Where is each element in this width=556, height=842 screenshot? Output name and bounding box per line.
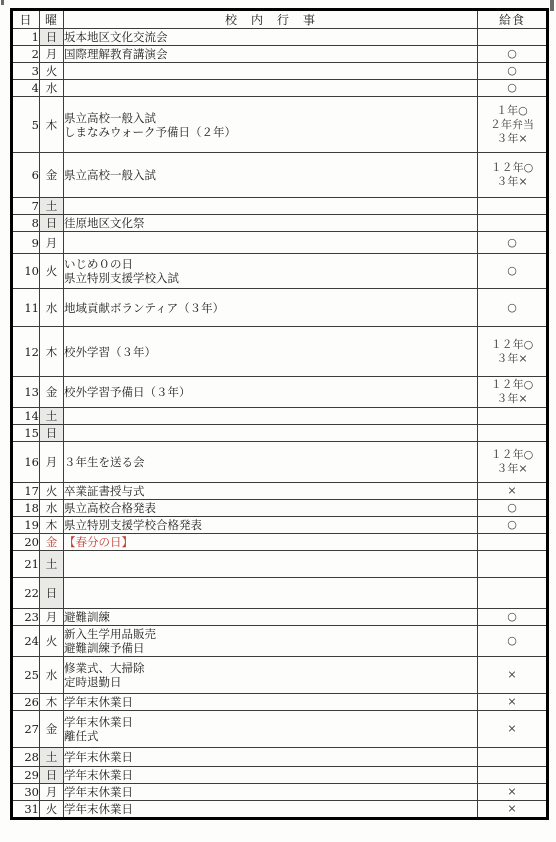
events-cell	[64, 80, 478, 97]
calendar-row: 27金学年末休業日離任式×	[12, 711, 548, 748]
event-text: 県立特別支援学校入試	[64, 271, 477, 285]
scan-corner-mark-top-right	[550, 0, 554, 11]
event-text: 国際理解教育講演会	[64, 47, 477, 61]
lunch-mark: ○	[478, 501, 546, 515]
day-number-cell: 28	[12, 748, 40, 767]
day-number-cell: 20	[12, 534, 40, 551]
lunch-cell: ○	[478, 517, 548, 534]
event-text: 県立特別支援学校合格発表	[64, 518, 477, 532]
calendar-row: 28土学年末休業日	[12, 748, 548, 767]
lunch-mark: １２年○	[478, 378, 546, 392]
lunch-mark: ３年×	[478, 352, 546, 366]
events-cell: 県立高校合格発表	[64, 500, 478, 517]
lunch-mark: ○	[478, 264, 546, 278]
lunch-cell: ×	[478, 694, 548, 711]
calendar-row: 30月学年末休業日×	[12, 784, 548, 801]
day-number-cell: 17	[12, 483, 40, 500]
event-text: 校外学習予備日（３年）	[64, 385, 477, 399]
day-number-cell: 3	[12, 63, 40, 80]
calendar-row: 7土	[12, 198, 548, 215]
events-cell: 徍原地区文化祭	[64, 215, 478, 232]
lunch-mark: ○	[478, 64, 546, 78]
event-text: 校外学習（３年）	[64, 345, 477, 359]
calendar-row: 21土	[12, 551, 548, 578]
lunch-mark: ×	[478, 668, 546, 682]
calendar-row: 6金県立高校一般入試１２年○３年×	[12, 153, 548, 198]
event-text: 学年末休業日	[64, 785, 477, 799]
weekday-cell: 水	[40, 80, 64, 97]
event-text: 卒業証書授与式	[64, 484, 477, 498]
calendar-row: 2月国際理解教育講演会○	[12, 46, 548, 63]
lunch-mark: ×	[478, 484, 546, 498]
events-cell	[64, 198, 478, 215]
lunch-mark: ○	[478, 518, 546, 532]
lunch-mark: １２年○	[478, 338, 546, 352]
day-number-cell: 24	[12, 626, 40, 657]
header-lunch: 給食	[478, 10, 548, 29]
lunch-cell: ○	[478, 609, 548, 626]
calendar-row: 9月○	[12, 232, 548, 254]
event-text: しまなみウォーク予備日（２年）	[64, 125, 477, 139]
event-text: 避難訓練予備日	[64, 641, 477, 655]
day-number-cell: 19	[12, 517, 40, 534]
weekday-cell: 月	[40, 232, 64, 254]
event-text: 定時退勤日	[64, 675, 477, 689]
lunch-cell	[478, 534, 548, 551]
events-cell: 学年末休業日	[64, 784, 478, 801]
events-cell: 県立高校一般入試	[64, 153, 478, 198]
events-cell: 地域貢献ボランティア（３年）	[64, 289, 478, 327]
event-text: 学年末休業日	[64, 715, 477, 729]
events-cell: 国際理解教育講演会	[64, 46, 478, 63]
lunch-mark: ○	[478, 634, 546, 648]
calendar-row: 12木校外学習（３年）１２年○３年×	[12, 327, 548, 377]
events-cell: 避難訓練	[64, 609, 478, 626]
calendar-row: 22日	[12, 578, 548, 609]
calendar-row: 14土	[12, 408, 548, 425]
day-number-cell: 30	[12, 784, 40, 801]
weekday-cell: 土	[40, 748, 64, 767]
events-cell	[64, 551, 478, 578]
day-number-cell: 18	[12, 500, 40, 517]
events-cell	[64, 232, 478, 254]
event-text: 避難訓練	[64, 610, 477, 624]
lunch-cell: １２年○３年×	[478, 327, 548, 377]
lunch-cell: ×	[478, 711, 548, 748]
weekday-cell: 水	[40, 289, 64, 327]
lunch-mark: ○	[478, 236, 546, 250]
lunch-cell	[478, 578, 548, 609]
event-text: 県立高校合格発表	[64, 501, 477, 515]
events-cell: 校外学習（３年）	[64, 327, 478, 377]
lunch-cell: ○	[478, 626, 548, 657]
weekday-cell: 水	[40, 500, 64, 517]
events-cell	[64, 578, 478, 609]
lunch-cell	[478, 551, 548, 578]
lunch-mark: ○	[478, 47, 546, 61]
weekday-cell: 火	[40, 483, 64, 500]
events-cell: いじめ０の日県立特別支援学校入試	[64, 254, 478, 289]
lunch-mark: ×	[478, 802, 546, 816]
lunch-mark: ×	[478, 722, 546, 736]
weekday-cell: 木	[40, 97, 64, 153]
calendar-row: 23月避難訓練○	[12, 609, 548, 626]
day-number-cell: 31	[12, 801, 40, 819]
day-number-cell: 9	[12, 232, 40, 254]
lunch-mark: １２年○	[478, 448, 546, 462]
weekday-cell: 火	[40, 63, 64, 80]
day-number-cell: 6	[12, 153, 40, 198]
events-cell: ３年生を送る会	[64, 442, 478, 483]
event-text: 坂本地区文化交流会	[64, 30, 477, 44]
calendar-row: 5木県立高校一般入試しまなみウォーク予備日（２年）１年○２年弁当３年×	[12, 97, 548, 153]
event-text: 学年末休業日	[64, 750, 477, 764]
calendar-row: 11水地域貢献ボランティア（３年）○	[12, 289, 548, 327]
lunch-cell: ○	[478, 254, 548, 289]
scanned-page: 日 曜 校 内 行 事 給食 1日坂本地区文化交流会2月国際理解教育講演会○3火…	[0, 0, 556, 842]
event-text: 県立高校一般入試	[64, 111, 477, 125]
events-cell: 学年末休業日	[64, 694, 478, 711]
lunch-cell: ○	[478, 500, 548, 517]
weekday-cell: 金	[40, 534, 64, 551]
weekday-cell: 月	[40, 46, 64, 63]
calendar-row: 1日坂本地区文化交流会	[12, 29, 548, 46]
lunch-cell	[478, 425, 548, 442]
weekday-cell: 日	[40, 578, 64, 609]
events-cell: 学年末休業日離任式	[64, 711, 478, 748]
lunch-cell	[478, 408, 548, 425]
day-number-cell: 27	[12, 711, 40, 748]
calendar-row: 20金【春分の日】	[12, 534, 548, 551]
lunch-mark: ３年×	[478, 462, 546, 476]
header-weekday: 曜	[40, 10, 64, 29]
calendar-row: 19木県立特別支援学校合格発表○	[12, 517, 548, 534]
lunch-cell: ○	[478, 289, 548, 327]
event-text: 地域貢献ボランティア（３年）	[64, 301, 477, 315]
lunch-cell: ○	[478, 80, 548, 97]
lunch-cell	[478, 198, 548, 215]
day-number-cell: 13	[12, 377, 40, 408]
event-text: 学年末休業日	[64, 695, 477, 709]
day-number-cell: 26	[12, 694, 40, 711]
weekday-cell: 日	[40, 425, 64, 442]
day-number-cell: 8	[12, 215, 40, 232]
lunch-cell: １２年○３年×	[478, 153, 548, 198]
weekday-cell: 金	[40, 153, 64, 198]
lunch-cell: １２年○３年×	[478, 442, 548, 483]
calendar-row: 15日	[12, 425, 548, 442]
events-cell	[64, 425, 478, 442]
day-number-cell: 21	[12, 551, 40, 578]
events-cell: 【春分の日】	[64, 534, 478, 551]
header-events: 校 内 行 事	[64, 10, 478, 29]
day-number-cell: 11	[12, 289, 40, 327]
weekday-cell: 月	[40, 784, 64, 801]
lunch-mark: ３年×	[478, 175, 546, 189]
lunch-mark: ×	[478, 785, 546, 799]
calendar-row: 13金校外学習予備日（３年）１２年○３年×	[12, 377, 548, 408]
lunch-mark: ３年×	[478, 392, 546, 406]
day-number-cell: 16	[12, 442, 40, 483]
calendar-row: 3火○	[12, 63, 548, 80]
weekday-cell: 火	[40, 626, 64, 657]
events-cell: 卒業証書授与式	[64, 483, 478, 500]
weekday-cell: 日	[40, 215, 64, 232]
weekday-cell: 火	[40, 801, 64, 819]
lunch-cell: ×	[478, 657, 548, 694]
event-text: 学年末休業日	[64, 768, 477, 782]
events-cell: 学年末休業日	[64, 801, 478, 819]
day-number-cell: 14	[12, 408, 40, 425]
weekday-cell: 日	[40, 767, 64, 784]
weekday-cell: 水	[40, 657, 64, 694]
lunch-cell: １２年○３年×	[478, 377, 548, 408]
day-number-cell: 4	[12, 80, 40, 97]
lunch-cell: ○	[478, 232, 548, 254]
day-number-cell: 25	[12, 657, 40, 694]
weekday-cell: 日	[40, 29, 64, 46]
weekday-cell: 金	[40, 377, 64, 408]
day-number-cell: 10	[12, 254, 40, 289]
event-text: 修業式、大掃除	[64, 661, 477, 675]
events-cell: 新入生学用品販売避難訓練予備日	[64, 626, 478, 657]
table-header-row: 日 曜 校 内 行 事 給食	[12, 10, 548, 29]
events-cell	[64, 63, 478, 80]
calendar-row: 8日徍原地区文化祭	[12, 215, 548, 232]
event-text: 離任式	[64, 729, 477, 743]
event-text: 県立高校一般入試	[64, 168, 477, 182]
lunch-cell	[478, 29, 548, 46]
weekday-cell: 木	[40, 694, 64, 711]
lunch-cell	[478, 748, 548, 767]
day-number-cell: 2	[12, 46, 40, 63]
day-number-cell: 22	[12, 578, 40, 609]
weekday-cell: 月	[40, 609, 64, 626]
lunch-mark: １２年○	[478, 161, 546, 175]
calendar-row: 29日学年末休業日	[12, 767, 548, 784]
events-cell: 県立高校一般入試しまなみウォーク予備日（２年）	[64, 97, 478, 153]
events-cell: 学年末休業日	[64, 767, 478, 784]
weekday-cell: 木	[40, 327, 64, 377]
weekday-cell: 土	[40, 551, 64, 578]
calendar-row: 31火学年末休業日×	[12, 801, 548, 819]
school-calendar-table: 日 曜 校 内 行 事 給食 1日坂本地区文化交流会2月国際理解教育講演会○3火…	[10, 8, 549, 820]
day-number-cell: 7	[12, 198, 40, 215]
event-text: いじめ０の日	[64, 257, 477, 271]
lunch-cell: ×	[478, 801, 548, 819]
weekday-cell: 火	[40, 254, 64, 289]
event-text: 徍原地区文化祭	[64, 216, 477, 230]
lunch-mark: ２年弁当	[478, 118, 546, 132]
lunch-mark: １年○	[478, 104, 546, 118]
scan-corner-mark-top-left	[1, 0, 4, 5]
lunch-cell	[478, 767, 548, 784]
calendar-row: 4水○	[12, 80, 548, 97]
day-number-cell: 29	[12, 767, 40, 784]
events-cell: 県立特別支援学校合格発表	[64, 517, 478, 534]
day-number-cell: 1	[12, 29, 40, 46]
calendar-row: 10火いじめ０の日県立特別支援学校入試○	[12, 254, 548, 289]
day-number-cell: 23	[12, 609, 40, 626]
lunch-cell: １年○２年弁当３年×	[478, 97, 548, 153]
day-number-cell: 12	[12, 327, 40, 377]
lunch-cell	[478, 215, 548, 232]
calendar-row: 18水県立高校合格発表○	[12, 500, 548, 517]
calendar-row: 24火新入生学用品販売避難訓練予備日○	[12, 626, 548, 657]
weekday-cell: 月	[40, 442, 64, 483]
header-day: 日	[12, 10, 40, 29]
day-number-cell: 15	[12, 425, 40, 442]
day-number-cell: 5	[12, 97, 40, 153]
weekday-cell: 土	[40, 408, 64, 425]
weekday-cell: 土	[40, 198, 64, 215]
lunch-mark: ○	[478, 81, 546, 95]
calendar-row: 25水修業式、大掃除定時退勤日×	[12, 657, 548, 694]
event-text: 学年末休業日	[64, 802, 477, 816]
calendar-row: 17火卒業証書授与式×	[12, 483, 548, 500]
lunch-mark: ×	[478, 695, 546, 709]
calendar-row: 26木学年末休業日×	[12, 694, 548, 711]
event-text: ３年生を送る会	[64, 455, 477, 469]
events-cell: 校外学習予備日（３年）	[64, 377, 478, 408]
lunch-cell: ×	[478, 784, 548, 801]
events-cell: 坂本地区文化交流会	[64, 29, 478, 46]
events-cell	[64, 408, 478, 425]
calendar-row: 16月３年生を送る会１２年○３年×	[12, 442, 548, 483]
lunch-cell: ○	[478, 63, 548, 80]
event-text: 新入生学用品販売	[64, 627, 477, 641]
events-cell: 修業式、大掃除定時退勤日	[64, 657, 478, 694]
events-cell: 学年末休業日	[64, 748, 478, 767]
event-text: 【春分の日】	[64, 535, 477, 549]
lunch-mark: ○	[478, 301, 546, 315]
lunch-mark: ○	[478, 610, 546, 624]
weekday-cell: 金	[40, 711, 64, 748]
lunch-mark: ３年×	[478, 132, 546, 146]
weekday-cell: 木	[40, 517, 64, 534]
lunch-cell: ○	[478, 46, 548, 63]
lunch-cell: ×	[478, 483, 548, 500]
